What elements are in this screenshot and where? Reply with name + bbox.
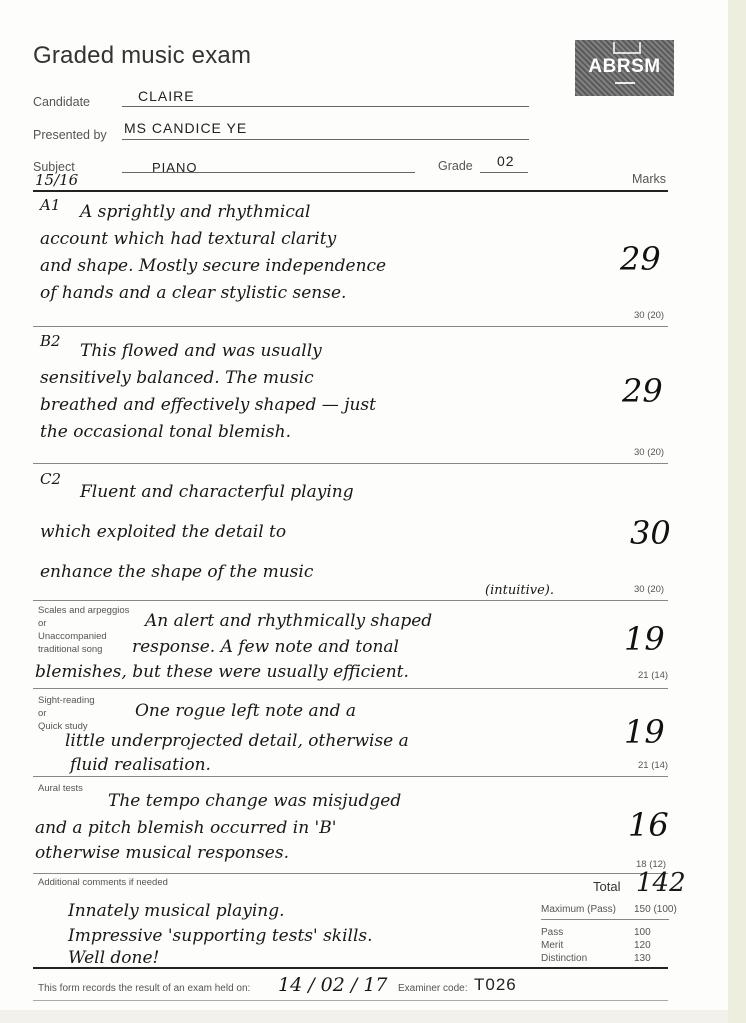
max-a: 30 (20) xyxy=(634,310,664,321)
grade-label: Grade xyxy=(438,159,473,173)
footer-bottom-line xyxy=(33,1000,668,1001)
candidate-line xyxy=(122,106,529,107)
sight-reading-label-line-2: or xyxy=(38,707,95,720)
band-pass-label: Pass xyxy=(541,926,587,939)
mark-c: 30 xyxy=(630,514,671,552)
max-sight: 21 (14) xyxy=(638,760,668,771)
footer-rule xyxy=(33,967,668,969)
additional-line-1: Innately musical playing. xyxy=(68,900,285,922)
piece-code-a: A1 xyxy=(40,196,60,214)
presented-by-label: Presented by xyxy=(33,128,107,142)
examiner-label: Examiner code: xyxy=(398,983,467,994)
comment-b-line-1: This flowed and was usually xyxy=(80,340,322,362)
piece-code-c: C2 xyxy=(40,470,61,488)
candidate-value: CLAIRE xyxy=(138,88,195,104)
sight-reading-label: Sight-reading or Quick study xyxy=(38,694,95,733)
comment-sight-line-3: fluid realisation. xyxy=(70,754,211,776)
mark-scales: 19 xyxy=(624,620,665,658)
comment-b-line-2: sensitively balanced. The music xyxy=(40,367,314,389)
divider-scales xyxy=(33,688,668,689)
comment-scales-line-2: response. A few note and tonal xyxy=(132,636,399,658)
comment-a-line-1: A sprightly and rhythmical xyxy=(80,201,310,223)
sight-reading-label-line-1: Sight-reading xyxy=(38,694,95,707)
divider-b xyxy=(33,463,668,464)
additional-label: Additional comments if needed xyxy=(38,876,168,889)
mark-aural: 16 xyxy=(628,806,669,844)
piece-code-b: B2 xyxy=(40,332,61,350)
abrsm-logo: ABRSM xyxy=(575,40,674,96)
total-value: 142 xyxy=(636,868,686,898)
comment-a-line-4: of hands and a clear stylistic sense. xyxy=(40,282,346,304)
band-labels: Pass Merit Distinction xyxy=(541,926,587,965)
scales-label-line-2: or xyxy=(38,617,129,630)
comment-scales-line-3: blemishes, but these were usually effici… xyxy=(35,661,409,683)
logo-underline xyxy=(615,82,635,84)
additional-line-3: Well done! xyxy=(68,947,159,969)
totals-divider xyxy=(541,919,669,920)
header-rule xyxy=(33,190,668,192)
divider-aural xyxy=(33,873,668,874)
presented-by-line xyxy=(122,139,529,140)
subject-line xyxy=(122,172,415,173)
band-pass-value: 100 xyxy=(634,926,651,939)
mark-a: 29 xyxy=(620,240,661,278)
comment-aural-line-3: otherwise musical responses. xyxy=(35,842,289,864)
scales-label: Scales and arpeggios or Unaccompanied tr… xyxy=(38,604,129,656)
band-distinction-label: Distinction xyxy=(541,952,587,965)
crown-icon xyxy=(613,42,641,54)
candidate-label: Candidate xyxy=(33,95,90,109)
comment-b-line-4: the occasional tonal blemish. xyxy=(40,421,291,443)
mark-b: 29 xyxy=(622,372,663,410)
band-values: 100 120 130 xyxy=(634,926,651,965)
comment-c-line-2: which exploited the detail to xyxy=(40,521,286,543)
max-scales: 21 (14) xyxy=(638,670,668,681)
comment-c-line-4: (intuitive). xyxy=(485,583,554,598)
comment-sight-line-2: little underprojected detail, otherwise … xyxy=(65,730,409,752)
header-annotation: 15/16 xyxy=(35,171,78,189)
divider-c xyxy=(33,600,668,601)
comment-a-line-3: and shape. Mostly secure independence xyxy=(40,255,386,277)
scales-label-line-4: traditional song xyxy=(38,643,129,656)
presented-by-value: MS CANDICE YE xyxy=(124,120,247,136)
marks-header: Marks xyxy=(632,172,666,186)
scales-label-line-1: Scales and arpeggios xyxy=(38,604,129,617)
band-merit-value: 120 xyxy=(634,939,651,952)
maximum-value: 150 (100) xyxy=(634,903,677,916)
comment-b-line-3: breathed and effectively shaped — just xyxy=(40,394,376,416)
divider-sight xyxy=(33,776,668,777)
scales-label-line-3: Unaccompanied xyxy=(38,630,129,643)
divider-a xyxy=(33,326,668,327)
held-on-value: 14 / 02 / 17 xyxy=(278,974,388,996)
comment-sight-line-1: One rogue left note and a xyxy=(135,700,356,722)
total-label: Total xyxy=(593,879,620,894)
maximum-label: Maximum (Pass) xyxy=(541,903,616,916)
comment-scales-line-1: An alert and rhythmically shaped xyxy=(145,610,432,632)
max-b: 30 (20) xyxy=(634,447,664,458)
comment-c-line-1: Fluent and characterful playing xyxy=(80,481,354,503)
paper-edge xyxy=(728,0,746,1023)
grade-line xyxy=(480,172,528,173)
mark-sight: 19 xyxy=(624,713,665,751)
held-on-label: This form records the result of an exam … xyxy=(38,983,250,994)
comment-c-line-3: enhance the shape of the music xyxy=(40,561,313,583)
aural-label: Aural tests xyxy=(38,782,83,795)
comment-aural-line-1: The tempo change was misjudged xyxy=(108,790,401,812)
additional-line-2: Impressive 'supporting tests' skills. xyxy=(68,925,373,947)
band-distinction-value: 130 xyxy=(634,952,651,965)
grade-value: 02 xyxy=(497,153,515,169)
examiner-value: T026 xyxy=(474,975,517,995)
logo-text: ABRSM xyxy=(575,56,674,78)
comment-aural-line-2: and a pitch blemish occurred in 'B' xyxy=(35,817,336,839)
comment-a-line-2: account which had textural clarity xyxy=(40,228,336,250)
max-c: 30 (20) xyxy=(634,584,664,595)
form-title: Graded music exam xyxy=(33,42,251,70)
band-merit-label: Merit xyxy=(541,939,587,952)
